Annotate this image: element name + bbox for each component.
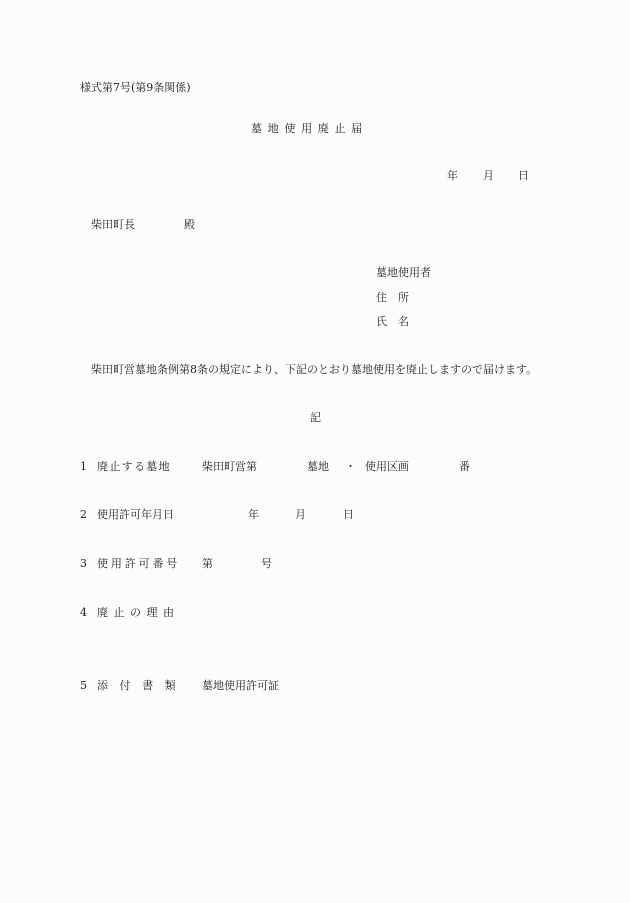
item-value-year: 年 (248, 508, 259, 522)
body-text: 柴田町営墓地条例第8条の規定により、下記のとおり墓地使用を廃止しますので届けます… (91, 363, 537, 377)
item-number: 1 (80, 460, 87, 474)
item-number: 3 (80, 557, 87, 571)
applicant-heading: 墓地使用者 (376, 266, 431, 280)
applicant-name-label: 氏 名 (376, 315, 409, 329)
date-month-label: 月 (483, 169, 494, 183)
item-value-suffix: 号 (261, 557, 272, 571)
item-label: 添付書類 (97, 679, 187, 693)
applicant-address-label: 住 所 (376, 291, 409, 305)
addressee-name: 柴田町長 (91, 218, 135, 232)
ki-heading: 記 (310, 411, 321, 425)
item-number: 5 (80, 679, 87, 693)
item-value-cemetery: 墓地 (307, 460, 329, 474)
item-value-attachment: 墓地使用許可証 (202, 679, 279, 693)
item-label: 廃止する墓地 (97, 460, 171, 474)
item-value-separator: ・ (345, 460, 356, 474)
document-title: 墓 地 使 用 廃 止 届 (251, 122, 363, 136)
date-year-label: 年 (447, 169, 458, 183)
item-label: 使用許可年月日 (97, 508, 174, 522)
item-value-section: 使用区画 (365, 460, 409, 474)
item-value-prefix: 柴田町営第 (202, 460, 257, 474)
item-value-day: 日 (343, 508, 354, 522)
form-number: 様式第7号(第9条関係) (80, 81, 191, 95)
item-value-number-suffix: 番 (459, 460, 470, 474)
item-number: 2 (80, 508, 87, 522)
item-label: 廃止の理由 (97, 606, 180, 620)
date-day-label: 日 (518, 169, 529, 183)
addressee-honorific: 殿 (184, 218, 195, 232)
item-value-month: 月 (295, 508, 306, 522)
item-label: 使用許可番号 (97, 557, 180, 571)
item-value-prefix: 第 (202, 557, 213, 571)
item-number: 4 (80, 606, 87, 620)
